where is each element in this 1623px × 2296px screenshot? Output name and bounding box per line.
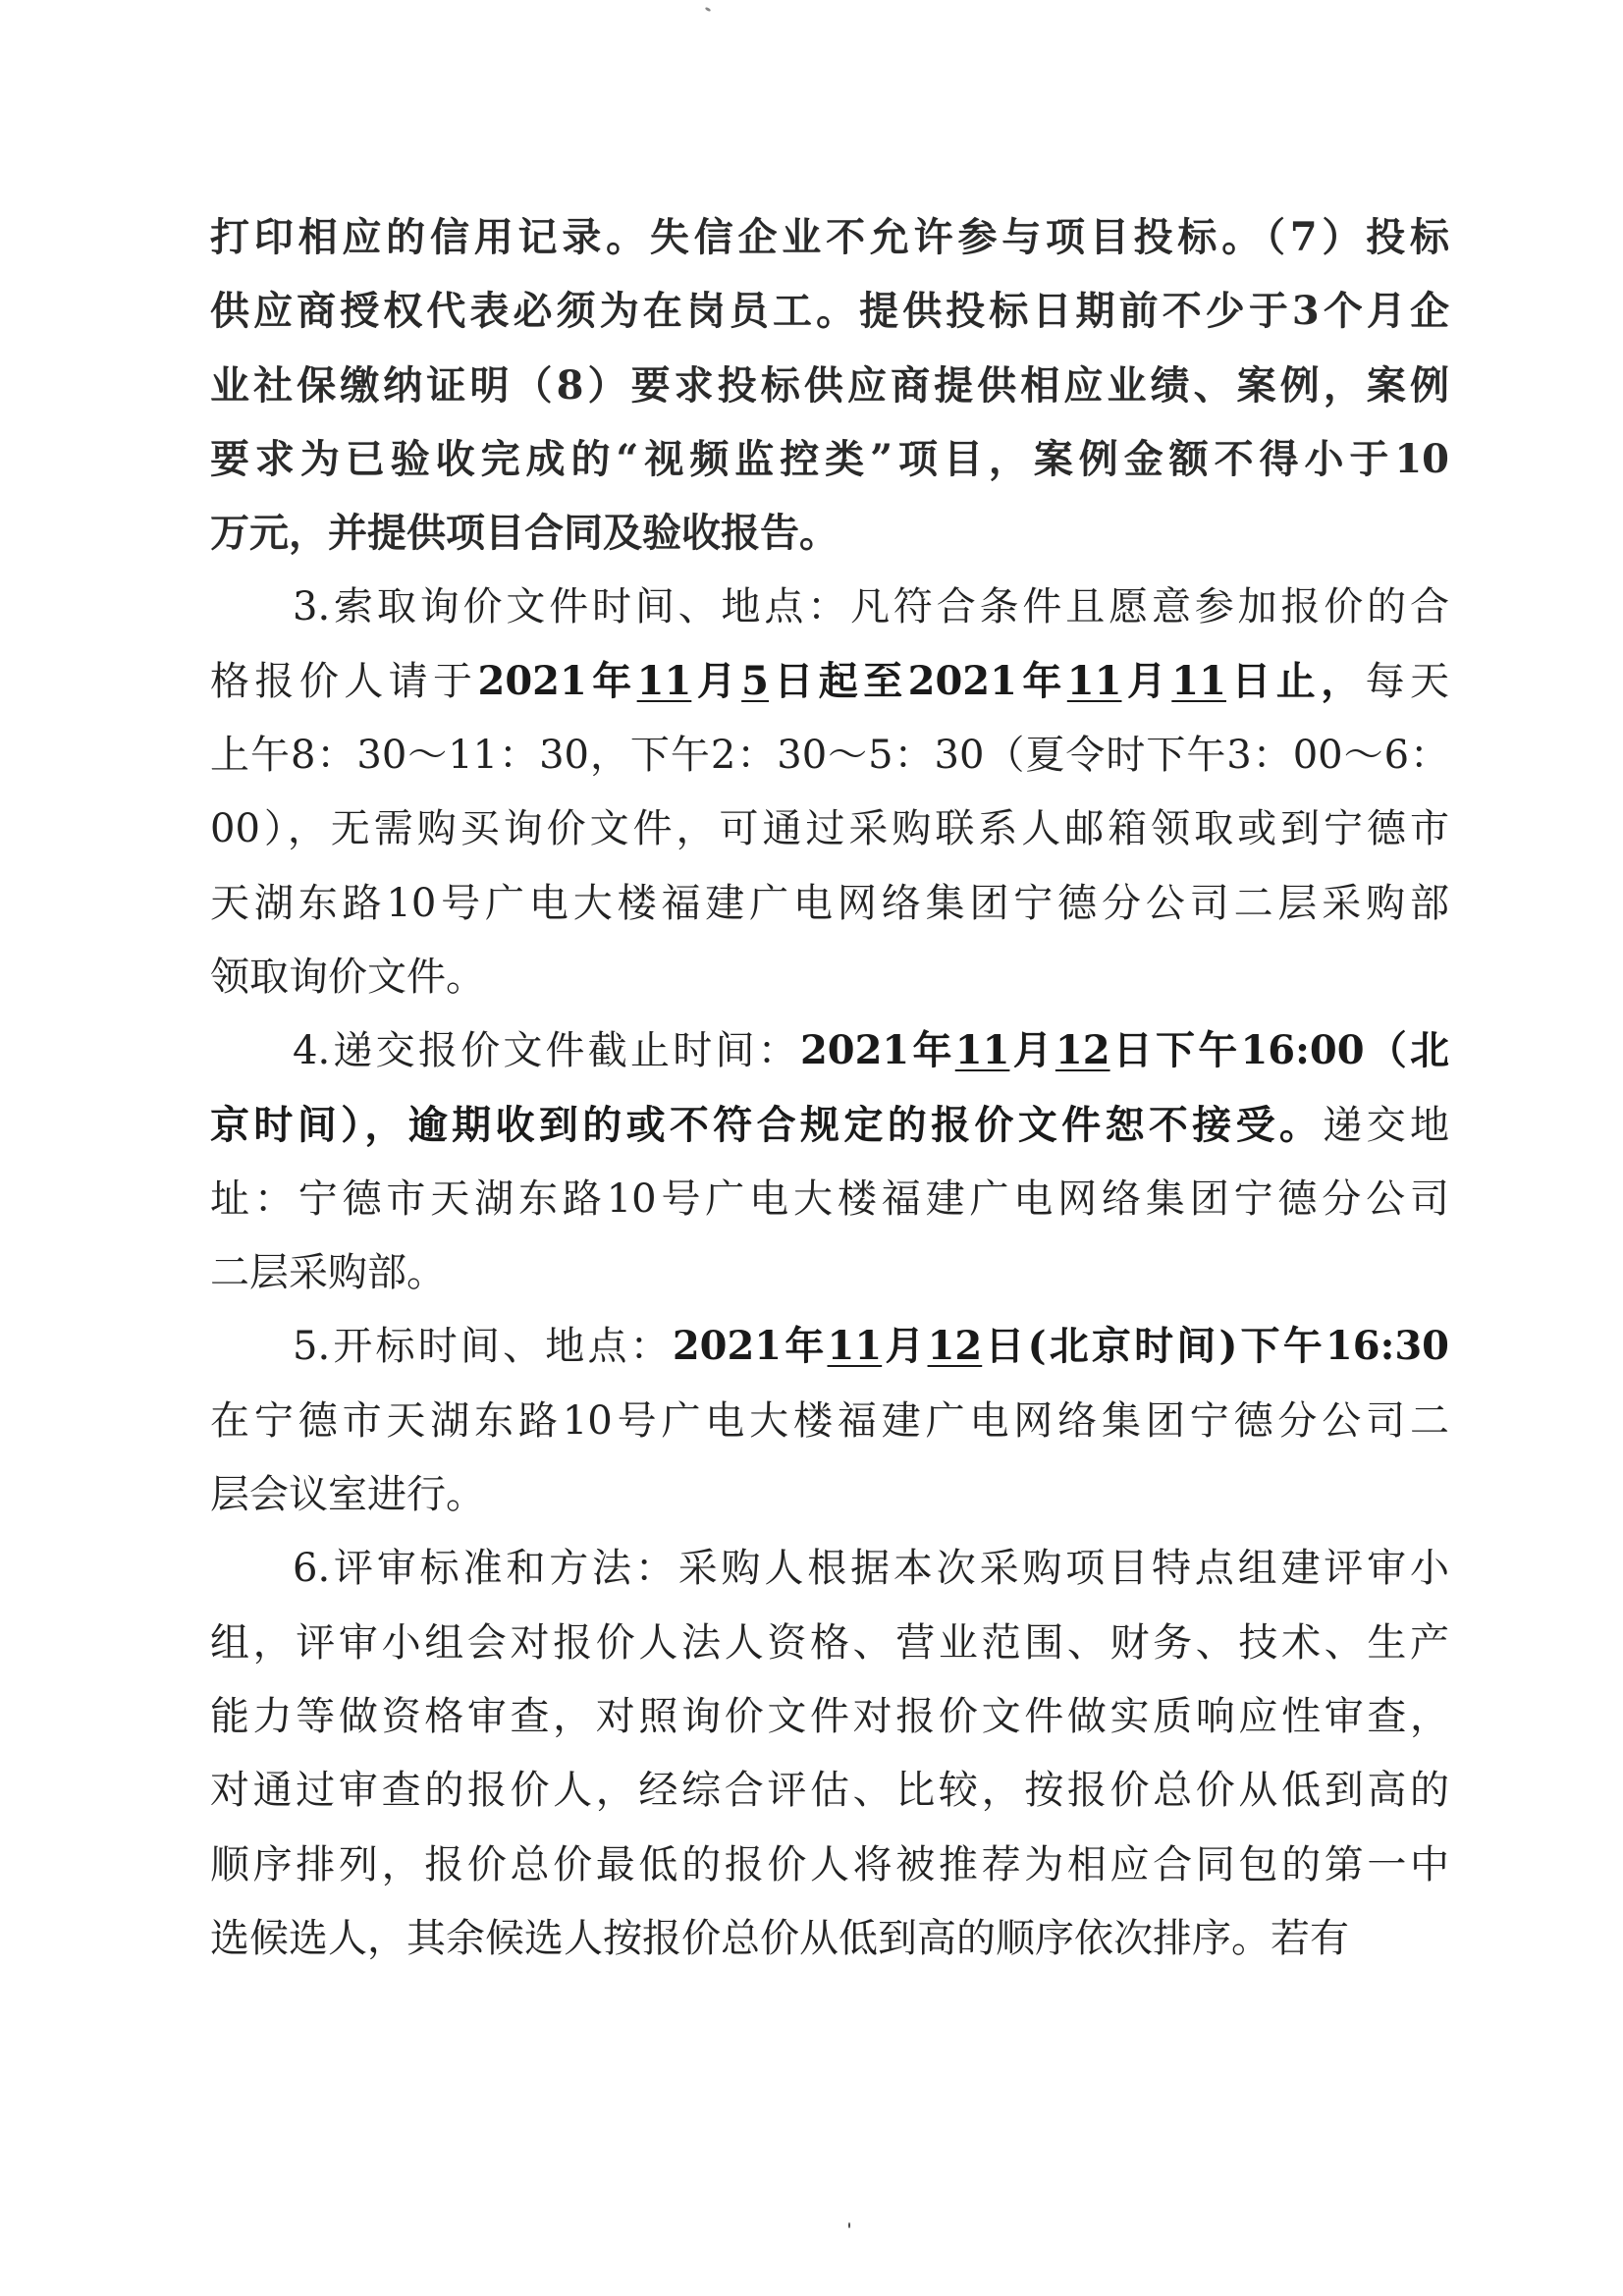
text-line: 打印相应的信用记录。失信企业不允许参与项目投标。（7）投标 bbox=[210, 208, 1449, 282]
text-line: 格报价人请于2021年11月5日起至2021年11月11日止，每天 bbox=[210, 652, 1449, 726]
text-segment: 每天 bbox=[1366, 659, 1449, 704]
text-segment: 月 bbox=[691, 658, 741, 704]
document-page: 打印相应的信用记录。失信企业不允许参与项目投标。（7）投标供应商授权代表必须为在… bbox=[0, 0, 1623, 2296]
text-segment: 打印相应的信用记录。失信企业不允许参与项目投标。（7）投标 bbox=[210, 214, 1449, 260]
text-line: 在宁德市天湖东路10号广电大楼福建广电网络集团宁德分公司二 bbox=[210, 1392, 1449, 1465]
text-segment: 4.递交报价文件截止时间： bbox=[293, 1028, 800, 1073]
text-segment: 日止， bbox=[1226, 658, 1366, 704]
text-line: 对通过审查的报价人，经综合评估、比较，按报价总价从低到高的 bbox=[210, 1761, 1449, 1834]
underlined-date-value: 11 bbox=[828, 1323, 883, 1369]
text-line: 领取询价文件。 bbox=[210, 948, 1449, 1021]
text-line: 上午8：30～11：30，下午2：30～5：30（夏令时下午3：00～6： bbox=[210, 726, 1449, 799]
text-line: 3.索取询价文件时间、地点：凡符合条件且愿意参加报价的合 bbox=[210, 577, 1449, 651]
body-text: 打印相应的信用记录。失信企业不允许参与项目投标。（7）投标供应商授权代表必须为在… bbox=[210, 208, 1449, 1983]
text-segment: 对通过审查的报价人，经综合评估、比较，按报价总价从低到高的 bbox=[210, 1768, 1449, 1813]
text-segment: 递交地 bbox=[1323, 1103, 1449, 1148]
text-segment: 址：宁德市天湖东路10号广电大楼福建广电网络集团宁德分公司 bbox=[210, 1176, 1449, 1222]
text-line: 选候选人，其余候选人按报价总价从低到高的顺序依次排序。若有 bbox=[210, 1909, 1449, 1983]
text-line: 二层采购部。 bbox=[210, 1243, 1449, 1317]
underlined-date-value: 11 bbox=[955, 1027, 1010, 1073]
text-segment: 领取询价文件。 bbox=[210, 955, 485, 1000]
paragraph-section-5: 5.开标时间、地点：2021年11月12日(北京时间)下午16:30在宁德市天湖… bbox=[210, 1317, 1449, 1539]
text-segment: 2021年 bbox=[477, 658, 636, 704]
underlined-date-value: 12 bbox=[1055, 1027, 1110, 1073]
text-segment: 日(北京时间)下午16:30 bbox=[982, 1323, 1449, 1369]
text-segment: 上午8：30～11：30，下午2：30～5：30（夏令时下午3：00～6： bbox=[210, 733, 1449, 778]
text-segment: 日起至2021年 bbox=[769, 658, 1067, 704]
text-line: 业社保缴纳证明（8）要求投标供应商提供相应业绩、案例，案例 bbox=[210, 356, 1449, 430]
text-line: 要求为已验收完成的“视频监控类”项目，案例金额不得小于10 bbox=[210, 430, 1449, 504]
text-segment: 在宁德市天湖东路10号广电大楼福建广电网络集团宁德分公司二 bbox=[210, 1398, 1449, 1444]
text-segment: 格报价人请于 bbox=[210, 659, 477, 704]
underlined-date-value: 5 bbox=[741, 658, 769, 704]
text-line: 5.开标时间、地点：2021年11月12日(北京时间)下午16:30 bbox=[210, 1317, 1449, 1391]
text-line: 4.递交报价文件截止时间：2021年11月12日下午16:00（北 bbox=[210, 1021, 1449, 1095]
text-segment: 二层采购部。 bbox=[210, 1250, 446, 1295]
text-segment: 5.开标时间、地点： bbox=[293, 1324, 673, 1369]
text-segment: 2021年 bbox=[800, 1027, 955, 1073]
text-segment: 供应商授权代表必须为在岗员工。提供投标日期前不少于3个月企 bbox=[210, 288, 1449, 334]
scan-speck-bottom bbox=[848, 2222, 850, 2228]
underlined-date-value: 11 bbox=[1067, 658, 1122, 704]
text-segment: 月 bbox=[1121, 658, 1171, 704]
underlined-date-value: 11 bbox=[637, 658, 692, 704]
text-segment: 业社保缴纳证明（8）要求投标供应商提供相应业绩、案例，案例 bbox=[210, 362, 1449, 409]
paragraph-section-4: 4.递交报价文件截止时间：2021年11月12日下午16:00（北京时间），逾期… bbox=[210, 1021, 1449, 1317]
underlined-date-value: 12 bbox=[928, 1323, 983, 1369]
paragraph-qualifications-cont: 打印相应的信用记录。失信企业不允许参与项目投标。（7）投标供应商授权代表必须为在… bbox=[210, 208, 1449, 577]
scan-speck-top bbox=[705, 7, 712, 13]
paragraph-section-6: 6.评审标准和方法：采购人根据本次采购项目特点组建评审小组，评审小组会对报价人法… bbox=[210, 1539, 1449, 1983]
text-segment: 00），无需购买询价文件，可通过采购联系人邮箱领取或到宁德市 bbox=[210, 806, 1449, 851]
text-segment: 要求为已验收完成的“视频监控类”项目，案例金额不得小于10 bbox=[210, 436, 1449, 482]
text-line: 能力等做资格审查，对照询价文件对报价文件做实质响应性审查， bbox=[210, 1687, 1449, 1761]
text-segment: 2021年 bbox=[673, 1323, 828, 1369]
text-segment: 能力等做资格审查，对照询价文件对报价文件做实质响应性审查， bbox=[210, 1694, 1449, 1739]
text-segment: 万元，并提供项目合同及验收报告。 bbox=[210, 510, 839, 556]
text-segment: 3.索取询价文件时间、地点：凡符合条件且愿意参加报价的合 bbox=[293, 584, 1449, 629]
text-segment: 6.评审标准和方法：采购人根据本次采购项目特点组建评审小 bbox=[293, 1546, 1449, 1591]
text-segment: 组，评审小组会对报价人法人资格、营业范围、财务、技术、生产 bbox=[210, 1620, 1449, 1666]
text-segment: 月 bbox=[1009, 1027, 1055, 1073]
text-line: 00），无需购买询价文件，可通过采购联系人邮箱领取或到宁德市 bbox=[210, 799, 1449, 873]
text-segment: 日下午16:00（北 bbox=[1110, 1027, 1449, 1073]
text-segment: 顺序排列，报价总价最低的报价人将被推荐为相应合同包的第一中 bbox=[210, 1842, 1449, 1887]
text-segment: 京时间），逾期收到的或不符合规定的报价文件恕不接受。 bbox=[210, 1102, 1323, 1148]
text-segment: 天湖东路10号广电大楼福建广电网络集团宁德分公司二层采购部 bbox=[210, 881, 1449, 926]
text-line: 万元，并提供项目合同及验收报告。 bbox=[210, 504, 1449, 577]
text-line: 供应商授权代表必须为在岗员工。提供投标日期前不少于3个月企 bbox=[210, 282, 1449, 355]
paragraph-section-3: 3.索取询价文件时间、地点：凡符合条件且愿意参加报价的合格报价人请于2021年1… bbox=[210, 577, 1449, 1021]
text-line: 址：宁德市天湖东路10号广电大楼福建广电网络集团宁德分公司 bbox=[210, 1170, 1449, 1243]
text-line: 天湖东路10号广电大楼福建广电网络集团宁德分公司二层采购部 bbox=[210, 874, 1449, 948]
text-line: 顺序排列，报价总价最低的报价人将被推荐为相应合同包的第一中 bbox=[210, 1835, 1449, 1909]
underlined-date-value: 11 bbox=[1171, 658, 1226, 704]
text-segment: 月 bbox=[882, 1323, 927, 1369]
text-line: 京时间），逾期收到的或不符合规定的报价文件恕不接受。递交地 bbox=[210, 1096, 1449, 1170]
text-segment: 层会议室进行。 bbox=[210, 1472, 485, 1517]
text-line: 层会议室进行。 bbox=[210, 1465, 1449, 1539]
text-line: 组，评审小组会对报价人法人资格、营业范围、财务、技术、生产 bbox=[210, 1613, 1449, 1687]
text-line: 6.评审标准和方法：采购人根据本次采购项目特点组建评审小 bbox=[210, 1539, 1449, 1613]
text-segment: 选候选人，其余候选人按报价总价从低到高的顺序依次排序。若有 bbox=[210, 1916, 1349, 1961]
